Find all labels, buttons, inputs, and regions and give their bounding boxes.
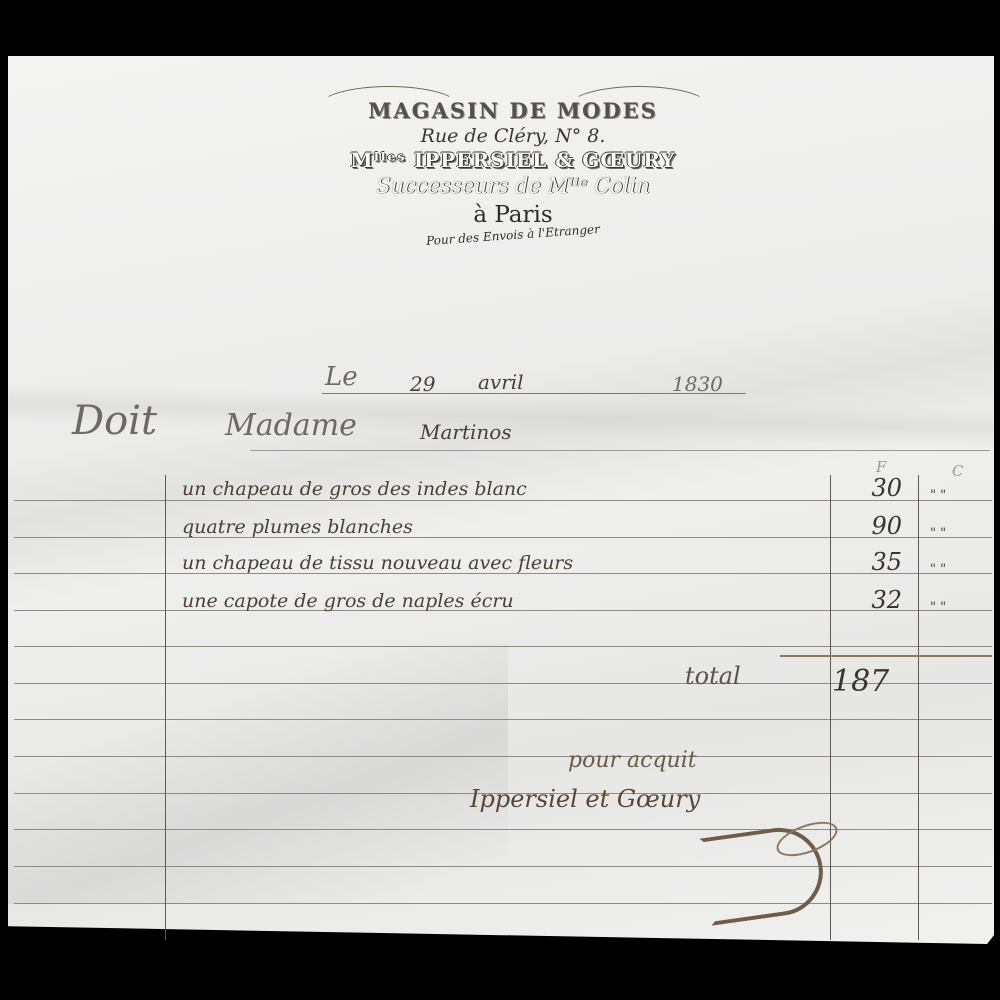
item-description: un chapeau de tissu nouveau avec fleurs [182, 552, 573, 574]
date-year: 1830 [672, 372, 723, 396]
total-label: total [685, 662, 741, 690]
centimes-header: C [952, 462, 963, 480]
debit-label: Doit [72, 398, 157, 444]
ledger-rule [14, 646, 992, 647]
item-description: quatre plumes blanches [182, 516, 413, 538]
flourish-ornament [568, 86, 710, 128]
item-francs: 90 [842, 512, 902, 540]
flourish-ornament [318, 86, 460, 128]
ledger-rule [14, 756, 992, 757]
ledger-rule [14, 866, 992, 867]
margin-line [165, 475, 166, 940]
item-centimes: " " [930, 526, 946, 541]
ledger-rule [14, 829, 992, 830]
item-centimes: " " [930, 562, 946, 577]
shop-successors: Successeurs de Mˡˡᵉ Colin [298, 174, 728, 198]
shop-owners: Mˡˡᵉˢ IPPERSIEL & GŒURY [298, 148, 728, 172]
shop-address: Rue de Cléry, N° 8. [298, 125, 728, 147]
ledger-rule [14, 719, 992, 720]
date-prefix: Le [325, 362, 358, 392]
total-separator [780, 655, 992, 657]
centimes-column-line [918, 475, 919, 940]
item-centimes: " " [930, 488, 946, 503]
letterhead: MAGASIN DE MODES Rue de Cléry, N° 8. Mˡˡ… [298, 76, 728, 242]
item-description: une capote de gros de naples écru [182, 590, 514, 612]
date-month: avril [478, 370, 524, 394]
total-amount: 187 [832, 664, 889, 699]
item-centimes: " " [930, 600, 946, 615]
date-day: 29 [410, 372, 435, 396]
item-francs: 35 [842, 548, 902, 576]
customer-title: Madame [225, 408, 357, 443]
receipt-note: pour acquit [568, 748, 697, 773]
francs-column-line [830, 475, 831, 940]
item-francs: 30 [842, 474, 902, 502]
ledger-rule [14, 903, 992, 904]
item-description: un chapeau de gros des indes blanc [182, 478, 527, 500]
item-francs: 32 [842, 586, 902, 614]
merchant-signature: Ippersiel et Gœury [470, 785, 700, 813]
customer-rule [250, 450, 990, 451]
customer-name: Martinos [420, 420, 512, 444]
